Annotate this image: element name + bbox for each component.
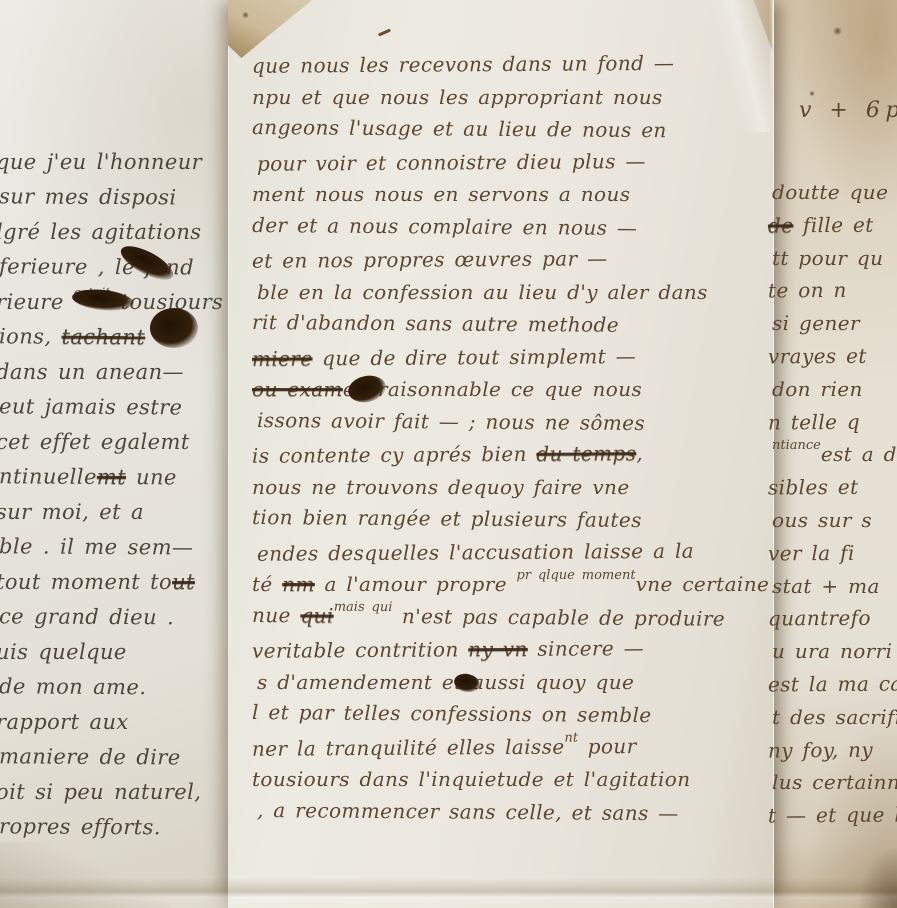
handwriting-text: tousiours dans l'inquietude et l'agitati… bbox=[252, 767, 691, 791]
struck-text: tachant bbox=[61, 325, 145, 350]
manuscript-line: ble . il me sem— bbox=[0, 534, 236, 570]
manuscript-line: si gener bbox=[772, 311, 897, 344]
struck-text: ou exam bbox=[252, 377, 343, 401]
handwriting-text: a l'amour propre bbox=[315, 572, 517, 596]
handwriting-text: stat + ma bbox=[772, 574, 880, 598]
manuscript-line: vrayes et bbox=[768, 344, 897, 378]
struck-text: ut bbox=[172, 570, 195, 594]
handwriting-text: rapport aux bbox=[0, 710, 129, 734]
handwriting-text: quantrefo bbox=[768, 606, 871, 631]
page-number-annotation: v + 6p bbox=[799, 98, 897, 123]
struck-text: mt bbox=[97, 465, 126, 489]
handwriting-text: sur mes disposi bbox=[0, 184, 177, 209]
inserted-text: pr qlque moment bbox=[517, 568, 636, 583]
center-page-text: que nous les recevons dans un fond — npu… bbox=[252, 52, 768, 852]
handwriting-text: n telle q bbox=[768, 409, 860, 434]
manuscript-line: tion bien rangée et plusieurs fautes bbox=[252, 505, 768, 542]
manuscript-line: ment nous nous en servons a nous bbox=[252, 182, 768, 215]
handwriting-text: si gener bbox=[772, 311, 860, 335]
paper-fold-crease bbox=[0, 842, 170, 908]
manuscript-line: dans un anean— bbox=[0, 360, 236, 395]
manuscript-line: tousiours dans l'inquietude et l'agitati… bbox=[252, 767, 768, 800]
manuscript-line: est la ma ca bbox=[768, 672, 897, 706]
manuscript-line: ntinuellemt une bbox=[0, 464, 236, 500]
handwriting-text: maniere de dire bbox=[0, 744, 181, 769]
handwriting-text: et en nos propres œuvres par — bbox=[252, 246, 608, 272]
manuscript-line: ferieure , le fond bbox=[0, 254, 236, 290]
handwriting-text: npu et que nous les appropriant nous bbox=[252, 85, 663, 109]
manuscript-line: pour voir et connoistre dieu plus — bbox=[252, 148, 768, 184]
manuscript-line: te on n bbox=[768, 278, 897, 312]
manuscript-line: té nm a l'amour propre pr qlque momentvn… bbox=[252, 572, 768, 605]
manuscript-line: nue quimais qui n'est pas capable de pro… bbox=[252, 602, 768, 639]
ink-blot bbox=[150, 308, 198, 348]
handwriting-text: pour bbox=[578, 734, 637, 758]
manuscript-line: issons avoir fait — ; nous ne sômes bbox=[252, 407, 768, 444]
manuscript-line: , a recommencer sans celle, et sans — bbox=[252, 797, 768, 834]
handwriting-text: lus certainnem bbox=[772, 770, 897, 794]
handwriting-text: vrayes et bbox=[768, 344, 867, 369]
handwriting-text: , bbox=[636, 441, 643, 465]
manuscript-line: sur mes disposi bbox=[0, 184, 236, 220]
struck-text: miere bbox=[252, 346, 313, 370]
handwriting-text: fille et bbox=[793, 213, 873, 238]
manuscript-line: cet effet egalemt bbox=[0, 430, 236, 465]
handwriting-text: ble en la confession au lieu d'y aler da… bbox=[257, 280, 708, 304]
manuscript-line: stat + ma bbox=[772, 574, 897, 607]
manuscript-line: veritable contrition ny vn sincere — bbox=[252, 635, 768, 671]
handwriting-text: ntinuelle bbox=[0, 464, 97, 489]
handwriting-text: , a recommencer sans celle, et sans — bbox=[257, 798, 679, 825]
handwriting-text: t des sacrific bbox=[772, 705, 897, 729]
manuscript-line: ble en la confession au lieu d'y aler da… bbox=[252, 280, 768, 313]
manuscript-line: der et a nous complaire en nous — bbox=[252, 212, 768, 249]
manuscript-line: quantrefo bbox=[768, 606, 897, 640]
handwriting-text: que de dire tout simplemt — bbox=[312, 344, 636, 370]
manuscript-line: l et par telles confessions on semble bbox=[252, 700, 768, 737]
handwriting-text: endes desquelles l'accusation laisse a l… bbox=[257, 538, 694, 565]
handwriting-text: té bbox=[252, 572, 282, 596]
manuscript-line: npu et que nous les appropriant nous bbox=[252, 85, 768, 118]
handwriting-text: pour voir et connoistre dieu plus — bbox=[257, 149, 646, 176]
manuscript-line: uis quelque bbox=[0, 640, 236, 675]
handwriting-text: tion bien rangée et plusieurs fautes bbox=[252, 505, 642, 532]
handwriting-text: t — et que lo bbox=[768, 803, 897, 828]
inserted-text: ntiance bbox=[772, 438, 821, 453]
manuscript-line: lgré les agitations bbox=[0, 220, 236, 255]
foxing-spot bbox=[833, 27, 842, 35]
manuscript-line: u ura norri bbox=[772, 639, 897, 672]
handwriting-text: der et a nous complaire en nous — bbox=[252, 212, 637, 239]
manuscript-line: ou examen raisonnable ce que nous bbox=[252, 377, 768, 410]
manuscript-line: miere que de dire tout simplemt — bbox=[252, 343, 768, 379]
manuscript-line: t — et que lo bbox=[768, 803, 897, 837]
handwriting-text: ions, bbox=[0, 324, 62, 348]
manuscript-line: que nous les recevons dans un fond — bbox=[252, 52, 768, 86]
manuscript-line: is contente cy aprés bien du temps, bbox=[252, 440, 768, 476]
page-corner-shadow bbox=[858, 848, 897, 908]
paper-fold-crease bbox=[706, 0, 770, 132]
manuscript-line: sibles et bbox=[768, 475, 897, 509]
handwriting-text: que j'eu l'honneur bbox=[0, 150, 202, 174]
handwriting-text: que nous les recevons dans un fond — bbox=[252, 52, 674, 78]
handwriting-text: sibles et bbox=[768, 475, 859, 500]
handwriting-text: ce grand dieu . bbox=[0, 604, 174, 629]
handwriting-text: dans un anean— bbox=[0, 360, 184, 384]
foxing-spot bbox=[242, 12, 249, 18]
handwriting-text: tout moment to bbox=[0, 570, 172, 594]
handwriting-text: rieure bbox=[0, 290, 74, 314]
handwriting-text: s d'amendement et aussi quoy que bbox=[257, 670, 634, 694]
handwriting-text: lgré les agitations bbox=[0, 220, 202, 244]
handwriting-text: est a dire bbox=[821, 442, 897, 466]
manuscript-line: t des sacrific bbox=[772, 705, 897, 738]
manuscript-line: que j'eu l'honneur bbox=[0, 150, 236, 185]
handwriting-text: ous sur s bbox=[772, 508, 872, 532]
inserted-text: nt bbox=[564, 730, 578, 745]
handwriting-text: ver la fi bbox=[768, 541, 855, 566]
struck-text: du temps bbox=[536, 441, 636, 466]
handwriting-text: nous ne trouvons dequoy faire vne bbox=[252, 475, 630, 499]
handwriting-text: oit si peu naturel, bbox=[0, 780, 201, 804]
handwriting-text: u ura norri bbox=[772, 639, 892, 663]
struck-text: nm bbox=[282, 572, 315, 596]
handwriting-text: en raisonnable ce que nous bbox=[343, 377, 642, 401]
manuscript-line: eut jamais estre bbox=[0, 394, 236, 430]
handwriting-text: de mon ame. bbox=[0, 674, 146, 699]
manuscript-line: maniere de dire bbox=[0, 744, 236, 780]
handwriting-text: issons avoir fait — ; nous ne sômes bbox=[257, 408, 645, 435]
handwriting-text: te on n bbox=[768, 278, 847, 303]
handwriting-text: nue bbox=[252, 602, 300, 626]
handwriting-text: uis quelque bbox=[0, 640, 127, 664]
manuscript-line: endes desquelles l'accusation laisse a l… bbox=[252, 538, 768, 574]
manuscript-line: de mon ame. bbox=[0, 674, 236, 710]
handwriting-text: une bbox=[126, 465, 177, 489]
manuscript-line: nous ne trouvons dequoy faire vne bbox=[252, 475, 768, 508]
handwriting-text: ny foy, ny bbox=[768, 737, 873, 762]
handwriting-text: ropres efforts. bbox=[0, 814, 161, 839]
manuscript-line: ny foy, ny bbox=[768, 737, 897, 771]
foxing-spot bbox=[809, 91, 815, 96]
manuscript-line: ions, tachant bbox=[0, 324, 236, 360]
manuscript-line: angeons l'usage et au lieu de nous en bbox=[252, 115, 768, 152]
handwriting-text: cet effet egalemt bbox=[0, 430, 190, 454]
handwriting-text: is contente cy aprés bien bbox=[252, 442, 536, 468]
handwriting-text: sincere — bbox=[528, 636, 644, 661]
handwriting-text: vne certaine — bbox=[636, 572, 768, 596]
handwriting-text: ner la tranquilité elles laisse bbox=[252, 734, 565, 760]
handwriting-text: ment nous nous en servons a nous bbox=[252, 182, 630, 206]
manuscript-line: ce grand dieu . bbox=[0, 604, 236, 640]
handwriting-text: ble . il me sem— bbox=[0, 534, 193, 559]
manuscript-line: don rien bbox=[772, 377, 897, 410]
handwriting-text: doutte que bbox=[772, 180, 888, 204]
manuscript-line: sur moi, et a bbox=[0, 500, 236, 535]
manuscript-line: doutte que bbox=[772, 180, 897, 213]
struck-text: qui bbox=[300, 603, 333, 627]
manuscript-line: ver la fi bbox=[768, 540, 897, 574]
inserted-text: mais qui bbox=[334, 599, 393, 614]
handwriting-text: l et par telles confessions on semble bbox=[252, 700, 652, 727]
manuscript-line: ous sur s bbox=[772, 508, 897, 541]
manuscript-line: rapport aux bbox=[0, 710, 236, 745]
manuscript-line: lus certainnem bbox=[772, 770, 897, 803]
manuscript-line: ner la tranquilité elles laissent pour bbox=[252, 733, 768, 769]
handwriting-text: sur moi, et a bbox=[0, 500, 144, 524]
struck-text: ny vn bbox=[468, 637, 528, 661]
handwriting-text: veritable contrition bbox=[252, 637, 468, 663]
manuscript-line: et en nos propres œuvres par — bbox=[252, 245, 768, 281]
left-page-text: que j'eu l'honneur sur mes disposi lgré … bbox=[0, 150, 236, 862]
manuscript-line: ntianceest a dire bbox=[772, 442, 897, 475]
handwriting-text: n'est pas capable de produire bbox=[392, 604, 725, 631]
handwriting-text: eut jamais estre bbox=[0, 394, 183, 419]
manuscript-photo: v + 6p que j'eu l'honneur sur mes dispos… bbox=[0, 0, 897, 908]
handwriting-text: est la ma ca bbox=[768, 671, 897, 696]
manuscript-line: de fille et bbox=[768, 212, 897, 246]
manuscript-line: s d'amendement et aussi quoy que bbox=[252, 670, 768, 703]
handwriting-text: rit d'abandon sans autre methode bbox=[252, 310, 619, 337]
handwriting-text: tt pour qu bbox=[772, 246, 883, 270]
handwriting-text: don rien bbox=[772, 377, 863, 401]
handwriting-text: angeons l'usage et au lieu de nous en bbox=[252, 115, 667, 142]
manuscript-line: tt pour qu bbox=[772, 246, 897, 279]
manuscript-line: tout moment tout bbox=[0, 570, 236, 605]
right-page-text: doutte que de fille et tt pour qu te on … bbox=[772, 180, 897, 840]
struck-text: de bbox=[768, 213, 794, 237]
manuscript-line: oit si peu naturel, bbox=[0, 780, 236, 815]
manuscript-line: rit d'abandon sans autre methode bbox=[252, 310, 768, 347]
